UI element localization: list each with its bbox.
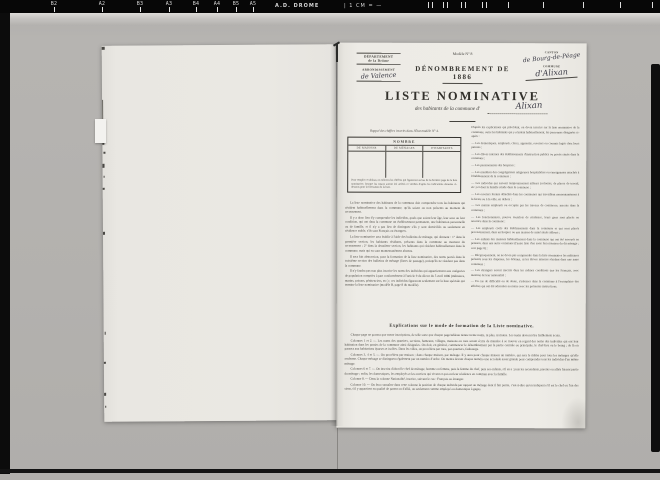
model-number-label: Modèle N° 8 bbox=[406, 52, 520, 56]
rule bbox=[357, 53, 401, 54]
binding-mark bbox=[103, 164, 105, 168]
table-cell-empty bbox=[348, 152, 385, 178]
census-title: DÉNOMBREMENT DE 1886 bbox=[406, 65, 520, 81]
subtitle-handwritten: Alixan bbox=[515, 101, 542, 112]
paragraph: Il sera fait abstraction, pour la format… bbox=[345, 254, 465, 268]
archive-name-label: A.D. DROME bbox=[275, 3, 319, 9]
rule bbox=[357, 64, 401, 65]
paragraph: Colonnes 3, 4 et 5. — On procédera par m… bbox=[345, 353, 579, 367]
film-ruler-bar: B2 A2 B3 A3 B4 A4 B5 A5 A.D. DROME | 1 C… bbox=[0, 0, 660, 13]
ruler-tick bbox=[432, 2, 433, 8]
nombre-table: NOMBRE DE MAISONS DE MÉNAGES D'HABITANTS… bbox=[347, 137, 461, 193]
arrondissement-handwritten: de Valence bbox=[352, 70, 404, 81]
paragraph: D'après les explications qui précèdent, … bbox=[471, 125, 579, 139]
rule bbox=[443, 83, 483, 84]
paragraph: — Les membres des congrégations religieu… bbox=[471, 170, 579, 179]
department-value: de la Drôme bbox=[353, 59, 405, 63]
paragraph: — En cas de difficulté ou de doute, s'ad… bbox=[471, 279, 579, 288]
ruler-tick bbox=[196, 7, 197, 12]
microfilm-scan-viewer: B2 A2 B3 A3 B4 A4 B5 A5 A.D. DROME | 1 C… bbox=[0, 0, 660, 480]
binding-mark bbox=[102, 47, 105, 50]
page-corner-smudge bbox=[560, 395, 586, 429]
binding-mark bbox=[105, 332, 106, 335]
table-cell-empty bbox=[385, 152, 423, 178]
spine-top-mark bbox=[336, 44, 338, 62]
paragraph: Colonnes 6 et 7. — On inscrira d'abord l… bbox=[345, 367, 579, 376]
binding-mark bbox=[103, 152, 105, 154]
ruler-tick bbox=[508, 2, 509, 8]
paragraph: — Les employés civils des établissements… bbox=[471, 226, 579, 235]
binding-mark bbox=[103, 232, 105, 235]
binding-mark bbox=[104, 393, 106, 396]
nombre-table-body bbox=[348, 152, 460, 178]
film-edge-left bbox=[0, 13, 10, 474]
paragraph: — Les étrangers seront inscrits dans les… bbox=[471, 268, 579, 277]
paragraph: Chaque page ne portera que trente inscri… bbox=[345, 333, 579, 338]
paragraph: — Les pensionnaires des hospices ; bbox=[471, 163, 579, 168]
spine-shadow-below-book bbox=[337, 428, 338, 470]
department-block: DÉPARTEMENT de la Drôme ARRONDISSEMENT d… bbox=[353, 52, 405, 83]
nombre-table-header: NOMBRE bbox=[348, 138, 460, 144]
ruler-tick bbox=[140, 7, 141, 12]
film-edge-bottom bbox=[0, 469, 660, 473]
col-header-maisons: DE MAISONS bbox=[348, 146, 385, 151]
ornament-divider bbox=[449, 121, 475, 122]
paragraph: La liste nominative des habitants de la … bbox=[345, 201, 465, 215]
paragraph: — Réciproquement, on ne devra pas compre… bbox=[471, 253, 579, 267]
rule bbox=[357, 81, 401, 82]
binding-mark bbox=[105, 406, 106, 408]
ruler-tick bbox=[543, 2, 544, 8]
ruler-tick bbox=[620, 2, 621, 8]
binding-mark bbox=[103, 188, 105, 190]
paragraph: La liste nominative sera établie à l'aid… bbox=[345, 235, 465, 254]
ruler-tick bbox=[447, 2, 448, 8]
ruler-tick bbox=[236, 7, 237, 12]
binding-mark bbox=[104, 176, 105, 178]
subtitle-printed: des habitants de la commune d' bbox=[377, 106, 517, 112]
right-instructions: D'après les explications qui précèdent, … bbox=[471, 125, 580, 291]
ruler-tick bbox=[482, 2, 483, 8]
book-spine-shadow bbox=[330, 44, 344, 426]
col-header-habitants: D'HABITANTS bbox=[423, 146, 461, 151]
census-header-center: Modèle N° 8 DÉNOMBREMENT DE 1886 bbox=[406, 52, 520, 84]
paragraph: — Les domestiques, employés, clercs, app… bbox=[471, 141, 579, 150]
paragraph: — Les élèves internes des établissements… bbox=[471, 152, 579, 161]
right-page-form: DÉPARTEMENT de la Drôme ARRONDISSEMENT d… bbox=[336, 43, 586, 429]
page-tab bbox=[95, 119, 106, 143]
ruler-tick bbox=[443, 2, 444, 8]
table-caption: Rappel des chiffres inscrits dans l'État… bbox=[345, 129, 463, 133]
scale-label: | 1 CM = — bbox=[344, 3, 382, 9]
binding-mark bbox=[104, 362, 106, 364]
paragraph: — Les enfants des maisons habituellement… bbox=[471, 237, 579, 251]
ruler-tick bbox=[253, 7, 254, 12]
paragraph: Colonne 8. — Dans la colonne Nationalité… bbox=[344, 377, 578, 382]
left-page-blank bbox=[102, 44, 339, 422]
film-light-band bbox=[0, 13, 660, 25]
paragraph: Colonnes 1 et 2. — Les noms des quartier… bbox=[345, 338, 579, 352]
ruler-tick bbox=[54, 7, 55, 12]
ruler-tick bbox=[102, 7, 103, 12]
film-edge-right bbox=[651, 64, 660, 452]
ruler-tick bbox=[465, 2, 466, 8]
table-cell-empty bbox=[423, 152, 461, 178]
canton-commune-block: CANTON de Bourg-de-Péage COMMUNE d'Alixa… bbox=[522, 51, 582, 80]
ruler-tick bbox=[217, 7, 218, 12]
paragraph: — Les marins employés ou occupés par les… bbox=[471, 203, 579, 212]
paragraph: Il y a donc lieu d'y comprendre les indi… bbox=[345, 215, 465, 234]
left-instructions: La liste nominative des habitants de la … bbox=[345, 201, 465, 289]
ruler-tick bbox=[652, 2, 653, 8]
ruler-tick bbox=[169, 7, 170, 12]
ruler-tick bbox=[428, 2, 429, 8]
ruler-tick bbox=[461, 2, 462, 8]
explanations-heading: Explications sur le mode de formation de… bbox=[345, 323, 579, 329]
explanations-text: Chaque page ne portera que trente inscri… bbox=[344, 333, 578, 394]
paragraph: Il n'y faudra pas non plus inscrire les … bbox=[345, 269, 465, 288]
col-header-menages: DE MÉNAGES bbox=[385, 146, 423, 151]
dotted-line bbox=[487, 113, 547, 114]
ruler-tick bbox=[486, 2, 487, 8]
ruler-tick bbox=[583, 2, 584, 8]
paragraph: — Les individus qui suivent temporaireme… bbox=[471, 181, 579, 190]
table-footnote: Pour remplir ce tableau, on relèvera les… bbox=[348, 178, 460, 192]
paragraph: Colonne 10. — On fera connaître dans cet… bbox=[344, 383, 578, 392]
paragraph: — Les ouvriers forains détachés dans les… bbox=[471, 192, 579, 201]
paragraph: — Les fonctionnaires, pourvu toutefois d… bbox=[471, 215, 579, 224]
